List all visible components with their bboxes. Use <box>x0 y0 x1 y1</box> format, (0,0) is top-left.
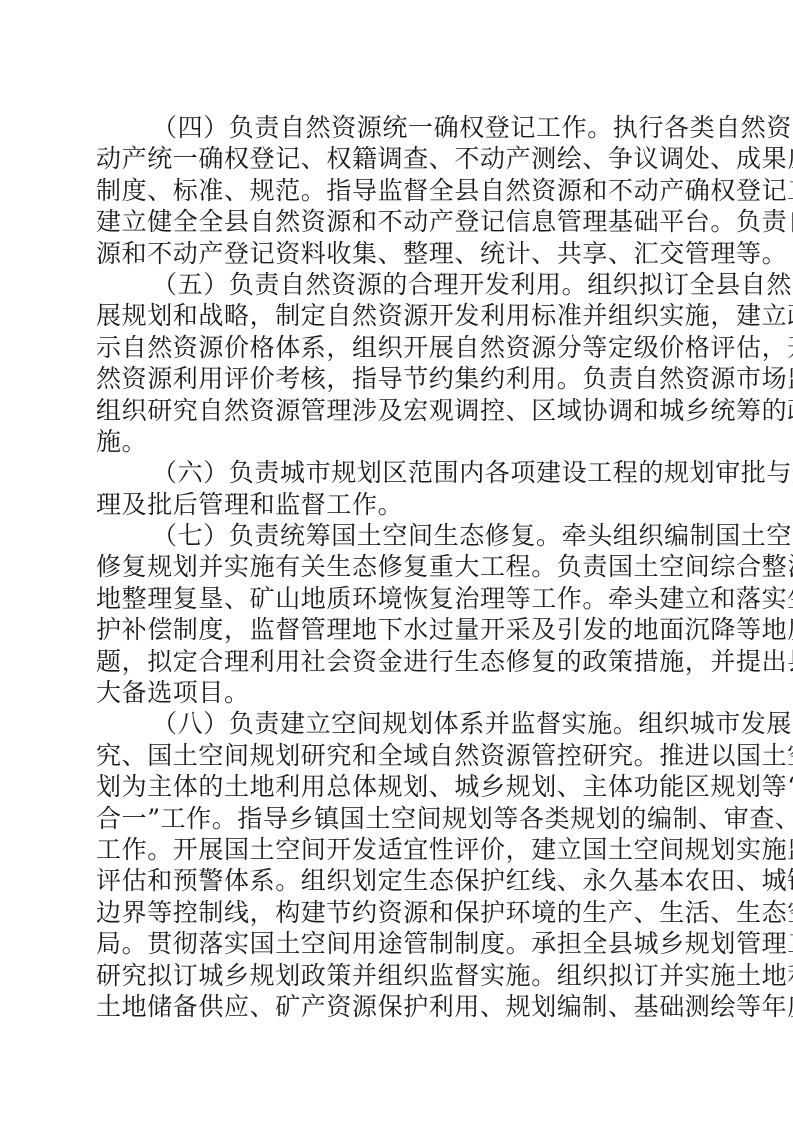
text-line: 示自然资源价格体系，组织开展自然资源分等定级价格评估，开展自 <box>96 332 708 363</box>
text-line: （八）负责建立空间规划体系并监督实施。组织城市发展战略研 <box>96 708 708 739</box>
paragraph-item-7: （七）负责统筹国土空间生态修复。牵头组织编制国土空间生态 修复规划并实施有关生态… <box>96 520 708 708</box>
text-line: 源和不动产登记资料收集、整理、统计、共享、汇交管理等。 <box>96 238 708 269</box>
text-line: 护补偿制度，监督管理地下水过量开采及引发的地面沉降等地质问 <box>96 614 708 645</box>
text-line: 土地储备供应、矿产资源保护利用、规划编制、基础测绘等年度计 <box>96 991 708 1022</box>
paragraph-item-4: （四）负责自然资源统一确权登记工作。执行各类自然资源和不 动产统一确权登记、权籍… <box>96 112 708 269</box>
text-line: 工作。开展国土空间开发适宜性评价，建立国土空间规划实施监测、 <box>96 834 708 865</box>
text-line: 展规划和战略，制定自然资源开发利用标准并组织实施，建立政府公 <box>96 300 708 331</box>
text-line: 研究拟订城乡规划政策并组织监督实施。组织拟订并实施土地利用、 <box>96 960 708 991</box>
paragraph-item-8: （八）负责建立空间规划体系并监督实施。组织城市发展战略研 究、国土空间规划研究和… <box>96 708 708 1022</box>
paragraph-item-6: （六）负责城市规划区范围内各项建设工程的规划审批与规划管 理及批后管理和监督工作… <box>96 457 708 520</box>
text-line: 局。贯彻落实国土空间用途管制制度。承担全县城乡规划管理工作， <box>96 928 708 959</box>
document-body: （四）负责自然资源统一确权登记工作。执行各类自然资源和不 动产统一确权登记、权籍… <box>96 112 708 1022</box>
text-line: 组织研究自然资源管理涉及宏观调控、区域协调和城乡统筹的政策措 <box>96 395 708 426</box>
text-line: 建立健全全县自然资源和不动产登记信息管理基础平台。负责自然资 <box>96 206 708 237</box>
text-line: （五）负责自然资源的合理开发利用。组织拟订全县自然资源发 <box>96 269 708 300</box>
document-page: （四）负责自然资源统一确权登记工作。执行各类自然资源和不 动产统一确权登记、权籍… <box>0 0 793 1122</box>
text-line: 究、国土空间规划研究和全域自然资源管控研究。推进以国土空间规 <box>96 740 708 771</box>
paragraph-item-5: （五）负责自然资源的合理开发利用。组织拟订全县自然资源发 展规划和战略，制定自然… <box>96 269 708 457</box>
text-line: 施。 <box>96 426 708 457</box>
text-line: 制度、标准、规范。指导监督全县自然资源和不动产确权登记工作。 <box>96 175 708 206</box>
text-line: 合一”工作。指导乡镇国土空间规划等各类规划的编制、审查、报批 <box>96 803 708 834</box>
text-line: 修复规划并实施有关生态修复重大工程。负责国土空间综合整治、土 <box>96 551 708 582</box>
text-line: 大备选项目。 <box>96 677 708 708</box>
text-line: （四）负责自然资源统一确权登记工作。执行各类自然资源和不 <box>96 112 708 143</box>
text-line: 动产统一确权登记、权籍调查、不动产测绘、争议调处、成果应用的 <box>96 143 708 174</box>
text-line: 然资源利用评价考核，指导节约集约利用。负责自然资源市场监管。 <box>96 363 708 394</box>
text-line: 题，拟定合理利用社会资金进行生态修复的政策措施，并提出县级重 <box>96 646 708 677</box>
text-line: （六）负责城市规划区范围内各项建设工程的规划审批与规划管 <box>96 457 708 488</box>
text-line: （七）负责统筹国土空间生态修复。牵头组织编制国土空间生态 <box>96 520 708 551</box>
text-line: 边界等控制线，构建节约资源和保护环境的生产、生活、生态空间布 <box>96 897 708 928</box>
text-line: 划为主体的土地利用总体规划、城乡规划、主体功能区规划等“多规 <box>96 771 708 802</box>
text-line: 地整理复垦、矿山地质环境恢复治理等工作。牵头建立和落实生态保 <box>96 583 708 614</box>
text-line: 评估和预警体系。组织划定生态保护红线、永久基本农田、城镇开发 <box>96 865 708 896</box>
text-line: 理及批后管理和监督工作。 <box>96 489 708 520</box>
